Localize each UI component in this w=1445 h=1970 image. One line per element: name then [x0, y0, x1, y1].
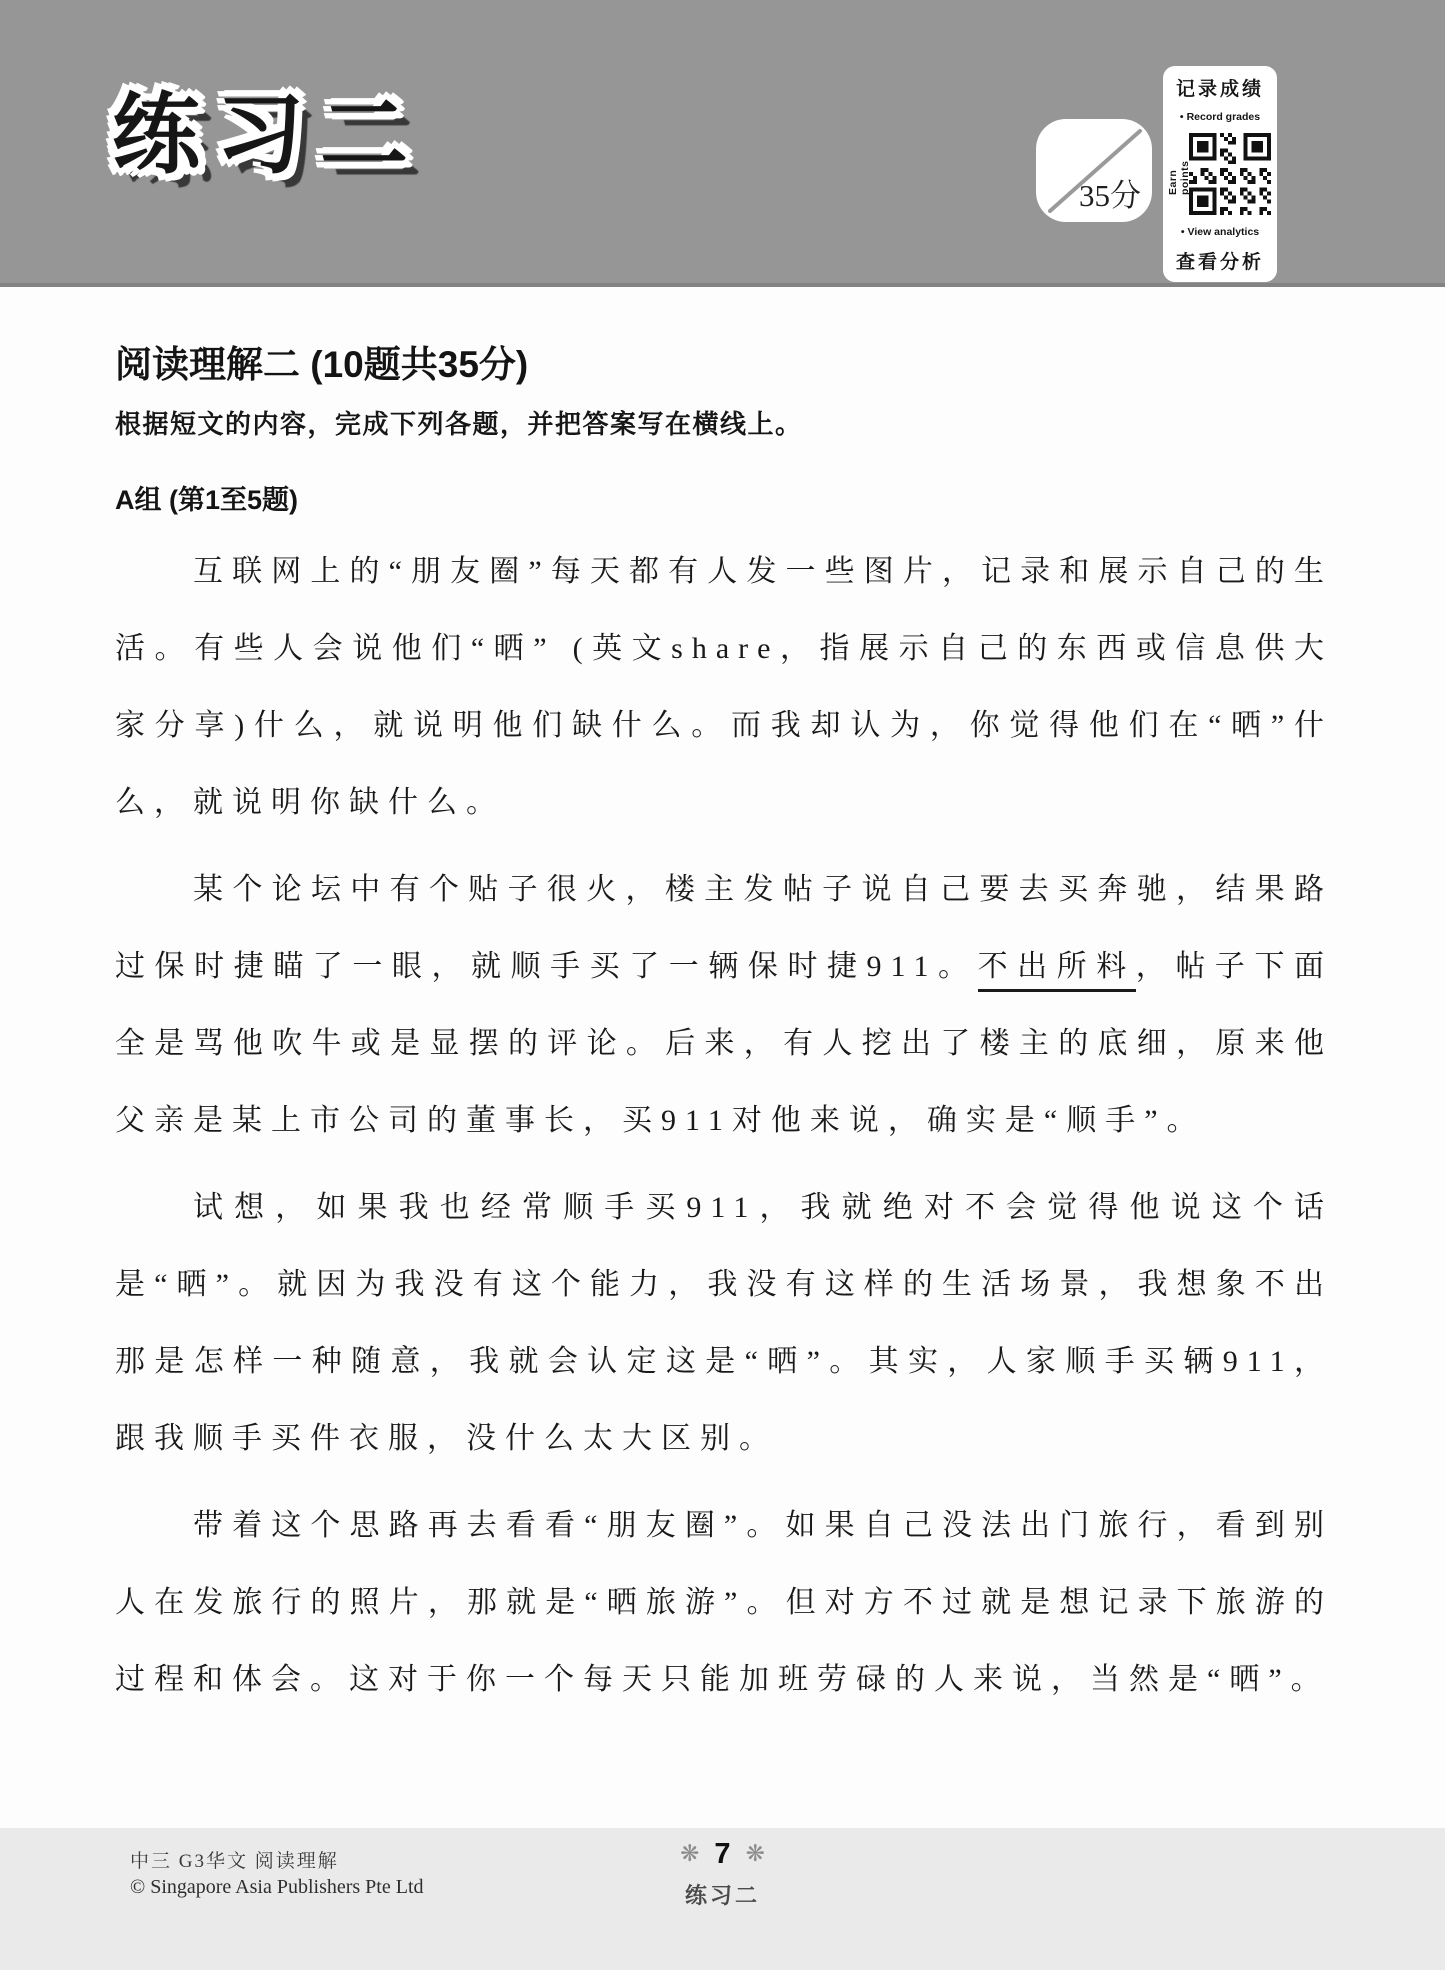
page-number: 7	[714, 1838, 730, 1870]
qr-record-grades-label: •Record grades	[1180, 111, 1260, 123]
footer-center: ❋7❋ 练习二	[0, 1838, 1445, 1910]
underlined-phrase: 不出所料	[978, 950, 1136, 992]
qr-middle-row: Earn points	[1167, 132, 1273, 216]
qr-record-grades-text: Record grades	[1187, 111, 1261, 123]
instruction-text: 根据短文的内容，完成下列各题，并把答案写在横线上。	[115, 404, 803, 441]
section-heading: 阅读理解二 (10题共35分)	[115, 334, 528, 388]
group-label: A组 (第1至5题)	[115, 478, 298, 517]
exercise-title: 练习二	[112, 82, 424, 188]
paragraph-text: 试想，如果我也经常顺手买911，我就绝对不会觉得他说这个话是“晒”。就因为我没有…	[115, 1191, 1333, 1455]
qr-view-analytics-text: View analytics	[1188, 226, 1260, 238]
score-label: 35分	[1079, 170, 1141, 215]
qr-title-cn: 记录成绩	[1176, 74, 1264, 101]
qr-footer-cn: 查看分析	[1176, 247, 1264, 274]
passage-paragraph: 互联网上的“朋友圈”每天都有人发一些图片，记录和展示自己的生活。有些人会说他们“…	[115, 533, 1333, 841]
bullet-icon: •	[1181, 226, 1185, 238]
bullet-icon: •	[1180, 111, 1184, 123]
star-icon: ❋	[746, 1840, 765, 1866]
qr-earn-points-label: Earn points	[1167, 153, 1191, 195]
qr-code	[1189, 133, 1271, 215]
star-icon: ❋	[680, 1840, 699, 1866]
page-number-row: ❋7❋	[0, 1838, 1445, 1871]
score-badge: 35分	[1036, 119, 1152, 222]
paragraph-text: 互联网上的“朋友圈”每天都有人发一些图片，记录和展示自己的生活。有些人会说他们“…	[115, 555, 1333, 819]
passage: 互联网上的“朋友圈”每天都有人发一些图片，记录和展示自己的生活。有些人会说他们“…	[115, 533, 1333, 1728]
passage-paragraph: 试想，如果我也经常顺手买911，我就绝对不会觉得他说这个话是“晒”。就因为我没有…	[115, 1169, 1333, 1477]
qr-view-analytics-label: •View analytics	[1181, 226, 1259, 238]
qr-panel[interactable]: 记录成绩 •Record grades Earn points •View an…	[1163, 66, 1277, 282]
paragraph-text: 带着这个思路再去看看“朋友圈”。如果自己没法出门旅行，看到别人在发旅行的照片，那…	[115, 1509, 1333, 1696]
footer-section-name: 练习二	[0, 1879, 1445, 1910]
passage-paragraph: 带着这个思路再去看看“朋友圈”。如果自己没法出门旅行，看到别人在发旅行的照片，那…	[115, 1487, 1333, 1718]
workbook-page: 练习二 35分 记录成绩 •Record grades Earn points …	[0, 0, 1445, 1970]
passage-paragraph: 某个论坛中有个贴子很火，楼主发帖子说自己要去买奔驰，结果路过保时捷瞄了一眼，就顺…	[115, 851, 1333, 1159]
page-header: 练习二 35分 记录成绩 •Record grades Earn points …	[0, 0, 1445, 287]
page-footer: 中三 G3华文 阅读理解 © Singapore Asia Publishers…	[0, 1828, 1445, 1970]
